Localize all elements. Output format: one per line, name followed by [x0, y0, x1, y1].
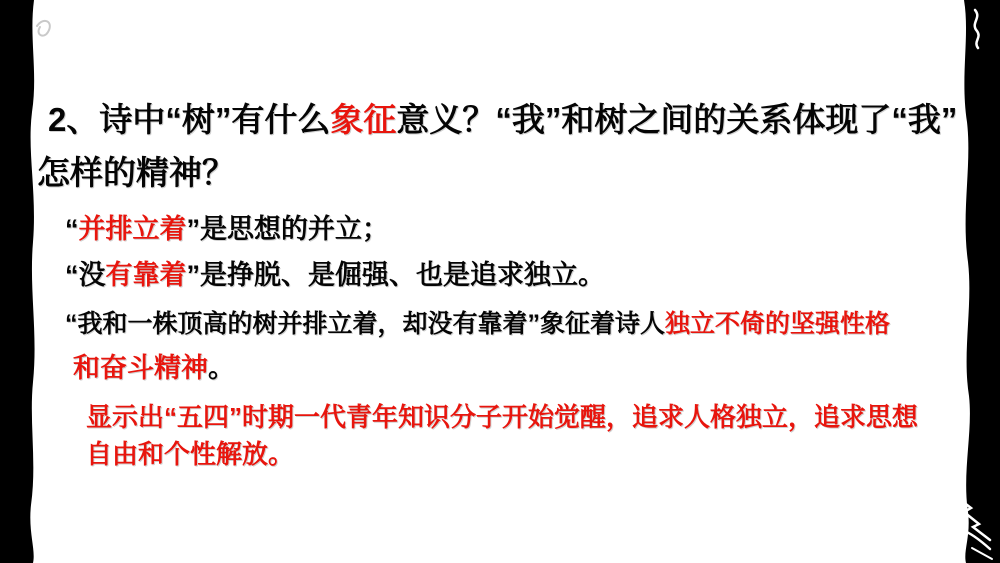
- text-segment-black: “我和一株顶高的树并排立着，却没有靠着”象征着诗人: [65, 310, 665, 338]
- conclusion-line2: 自由和个性解放。: [86, 434, 294, 471]
- analysis-line-symbolism-continued: 和奋斗精神。: [73, 346, 235, 385]
- analysis-line-parallel-standing: “并排立着”是思想的并立；: [65, 207, 389, 246]
- pencil-curl-top-left: [37, 21, 50, 36]
- conclusion-line1: 显示出“五四”时期一代青年知识分子开始觉醒，追求人格独立，追求思想: [86, 397, 918, 434]
- slide-canvas: 2、诗中“树”有什么象征意义？“我”和树之间的关系体现了“我” 怎样的精神？ “…: [0, 0, 1000, 563]
- right-ink-border: [964, 0, 1000, 563]
- question-title-line1: 2、诗中“树”有什么象征意义？“我”和树之间的关系体现了“我”: [48, 94, 957, 141]
- text-segment-red: 象征: [330, 101, 396, 138]
- analysis-line-not-leaning: “没有靠着”是挣脱、是倔强、也是追求独立。: [65, 253, 605, 292]
- left-ink-border: [0, 0, 35, 563]
- chalk-scribble-bottom-right-3: [972, 548, 992, 559]
- text-segment-black: “没: [65, 260, 106, 290]
- text-segment-red: 和奋斗精神: [73, 353, 208, 383]
- text-segment-black: ”是挣脱、是倔强、也是追求独立。: [187, 260, 606, 290]
- text-segment-red: 独立不倚的坚强性格: [665, 310, 890, 338]
- text-segment-red: 有靠着: [106, 260, 187, 290]
- question-title-line2: 怎样的精神？: [37, 147, 235, 194]
- text-segment-black: “: [65, 214, 79, 244]
- chalk-scribble-bottom-right-2: [962, 530, 990, 549]
- text-segment-black: 2、诗中“树”有什么: [48, 101, 330, 138]
- text-segment-red: 并排立着: [79, 214, 187, 244]
- chalk-scribble-bottom-right-1: [958, 498, 990, 540]
- text-segment-black: 意义？“我”和树之间的关系体现了“我”: [396, 101, 957, 138]
- text-segment-black: 。: [208, 353, 235, 383]
- analysis-line-symbolism: “我和一株顶高的树并排立着，却没有靠着”象征着诗人独立不倚的坚强性格: [65, 304, 890, 340]
- chalk-scribble-top-right: [975, 10, 979, 48]
- text-segment-black: ”是思想的并立；: [187, 214, 390, 244]
